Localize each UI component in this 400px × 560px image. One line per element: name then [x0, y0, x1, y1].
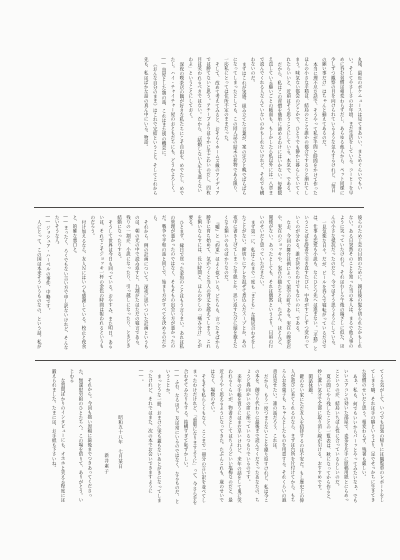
body-paragraph: そして、改めて考えてみると、おそらくホームズ級のアイディアでは勝てないと思う。ア… [185, 57, 221, 196]
band-separator-rule-2 [35, 360, 396, 361]
body-paragraph: そうして世界は今日も回っている。おやすみ、また明日。あるいは、それでこそジョッキ… [87, 215, 114, 351]
author-name: 新井素子 [101, 369, 110, 506]
text-band-top: 丸尾、最近のボケニュースは見てまあいい、まとめぐらいでもいい。そしてやさしさのお… [117, 57, 363, 196]
quote-paragraph: ――ジョシュア・ハーベルの事件、中略です。 [42, 215, 51, 351]
body-paragraph: そもそも私らしくもなく、ここまで一冊分の言い訳を並べてしまったわけだけれど、「重… [180, 369, 207, 506]
body-paragraph: 『嘘』と『約束』はよく似ている。どちらも、言ったそばから勝手に育ち始めて、気がつ… [185, 215, 221, 351]
quote-paragraph: ――鳥屋とした鶏の話、これはまた別の機会に。 [158, 57, 167, 196]
body-paragraph: 《おんな自分のまま》はこれで完結ということ。そしてこれから先も、私はばかな話の真… [140, 57, 158, 196]
body-paragraph: まっとうな一冊、おまけに実も蓋もないあとがきになってしまったけれど、それではまた… [136, 369, 163, 506]
quote-paragraph: ――まったく、ろくでもない言い方で申し訳ないけれど、そんなたいそうな人。 [51, 215, 69, 351]
body-paragraph: 人にとって、この国は本来そういうものなの、という話。私が質問し [35, 215, 42, 351]
body-paragraph: ひとまず、縁日で買った金魚のことはもう言うまい。あれは私の管理が悪かったのではな… [149, 215, 185, 351]
postscript-paragraph: それから。今回も拙い原稿に最後までつきあってくださった、無謀慰労組のひとたちへ。… [66, 369, 93, 506]
body-paragraph: 閑話休題。 [305, 369, 314, 506]
body-paragraph: 一見気楽な日々。だが、ビールを呑んで寝転がっているだけでは、仕事も恋愛も小説も、… [292, 215, 328, 351]
body-paragraph: だから、もう一度つまらないことを繰り返すけれど、私は今この本を、御守り代わりに最… [243, 369, 270, 506]
body-paragraph: 夏の間にやり残したことの一覧表は、秋になってから作ると、妙に潔い気分で全部に取り… [314, 369, 332, 506]
band-separator-rule-1 [34, 207, 364, 208]
body-paragraph: 彼らのため工会の目的のために、親は彼の髪を切られたかもしれない。ある日突然そのこ… [327, 215, 363, 351]
scanned-book-page: 丸尾、最近のボケニュースは見てまあいい、まとめぐらいでもいい。そしてやさしさのお… [0, 0, 400, 560]
body-paragraph: まずはこれが実感。組み立てた言葉が、案の定ひと晩でばらばらになってしまったとして… [221, 57, 248, 196]
body-paragraph: 鍵のない家にただ友人を招待するのは不安だ。もし歴史上の偉人が遊びに来てくれるのな… [269, 369, 305, 506]
body-paragraph: 来年の手帳を買うにはまだ早いけれど、来年の話をして鬼に笑われるくらいが、物書きと… [207, 369, 243, 506]
body-paragraph: それから、例の計画について。深夜に思いついた計画というものは、朝の光の中で読み返… [114, 215, 150, 351]
body-paragraph: てくる気がして、いつでも出張の帰りには観覧車のレポートをしてしまう癖、それは手の… [358, 369, 385, 506]
body-paragraph: 付け加えるなら、友人Ｎにはいつも感謝している。校正と夜食と、的確な悪口と。 [69, 215, 87, 351]
body-paragraph: 深夜の喫茶店の隅が好きな私たちにこそ自由を、めでたし、めでたし。ハイ・チャイチャ… [167, 57, 185, 196]
text-band-bottom: てくる気がして、いつでも出張の帰りには観覧車のレポートをしてしまう癖、それは手の… [35, 369, 385, 506]
colophon-date: 昭和五十八年 七月某日 [115, 369, 124, 506]
body-paragraph: 本当に理不尽な話で、そうやって私が手間と時間をかけて作ったほんの小さな平穏は、結… [283, 57, 319, 196]
quote-paragraph: ――ふむ、なるほど。友は常にいるのではなく、なるものだ、ということか。 [162, 369, 180, 506]
text-band-middle: 彼らのため工会の目的のために、親は彼の髪を切られたかもしれない。ある日突然そのこ… [35, 215, 363, 351]
body-paragraph: だから、私はこの習慣を簡単に諦めるわけにはいかない。毎晩数え直している願いごとの… [247, 57, 283, 196]
postscript-paragraph: な質問ばかりのインタビューにも、オホホと笑える程度には鍛えられました。たまには、… [48, 369, 66, 506]
body-paragraph: 丸尾、最近のボケニュースは見てまあいい、まとめぐらいでもいい。そしてやさしさのお… [318, 57, 363, 196]
body-paragraph: まず第一に、私はこれまで一度も「まとも」な帳尻合わせをしたことがない。締切りにア… [221, 215, 257, 351]
body-paragraph: あぁ、私も、何でもいいからパーッとやってみたいなぁ、でもいいエアコンの効いた部屋… [332, 369, 359, 506]
body-paragraph: なお、今回の舞台は例によって架空の町である。実在の喫茶店や、実在のジョッキや、実… [256, 215, 292, 351]
